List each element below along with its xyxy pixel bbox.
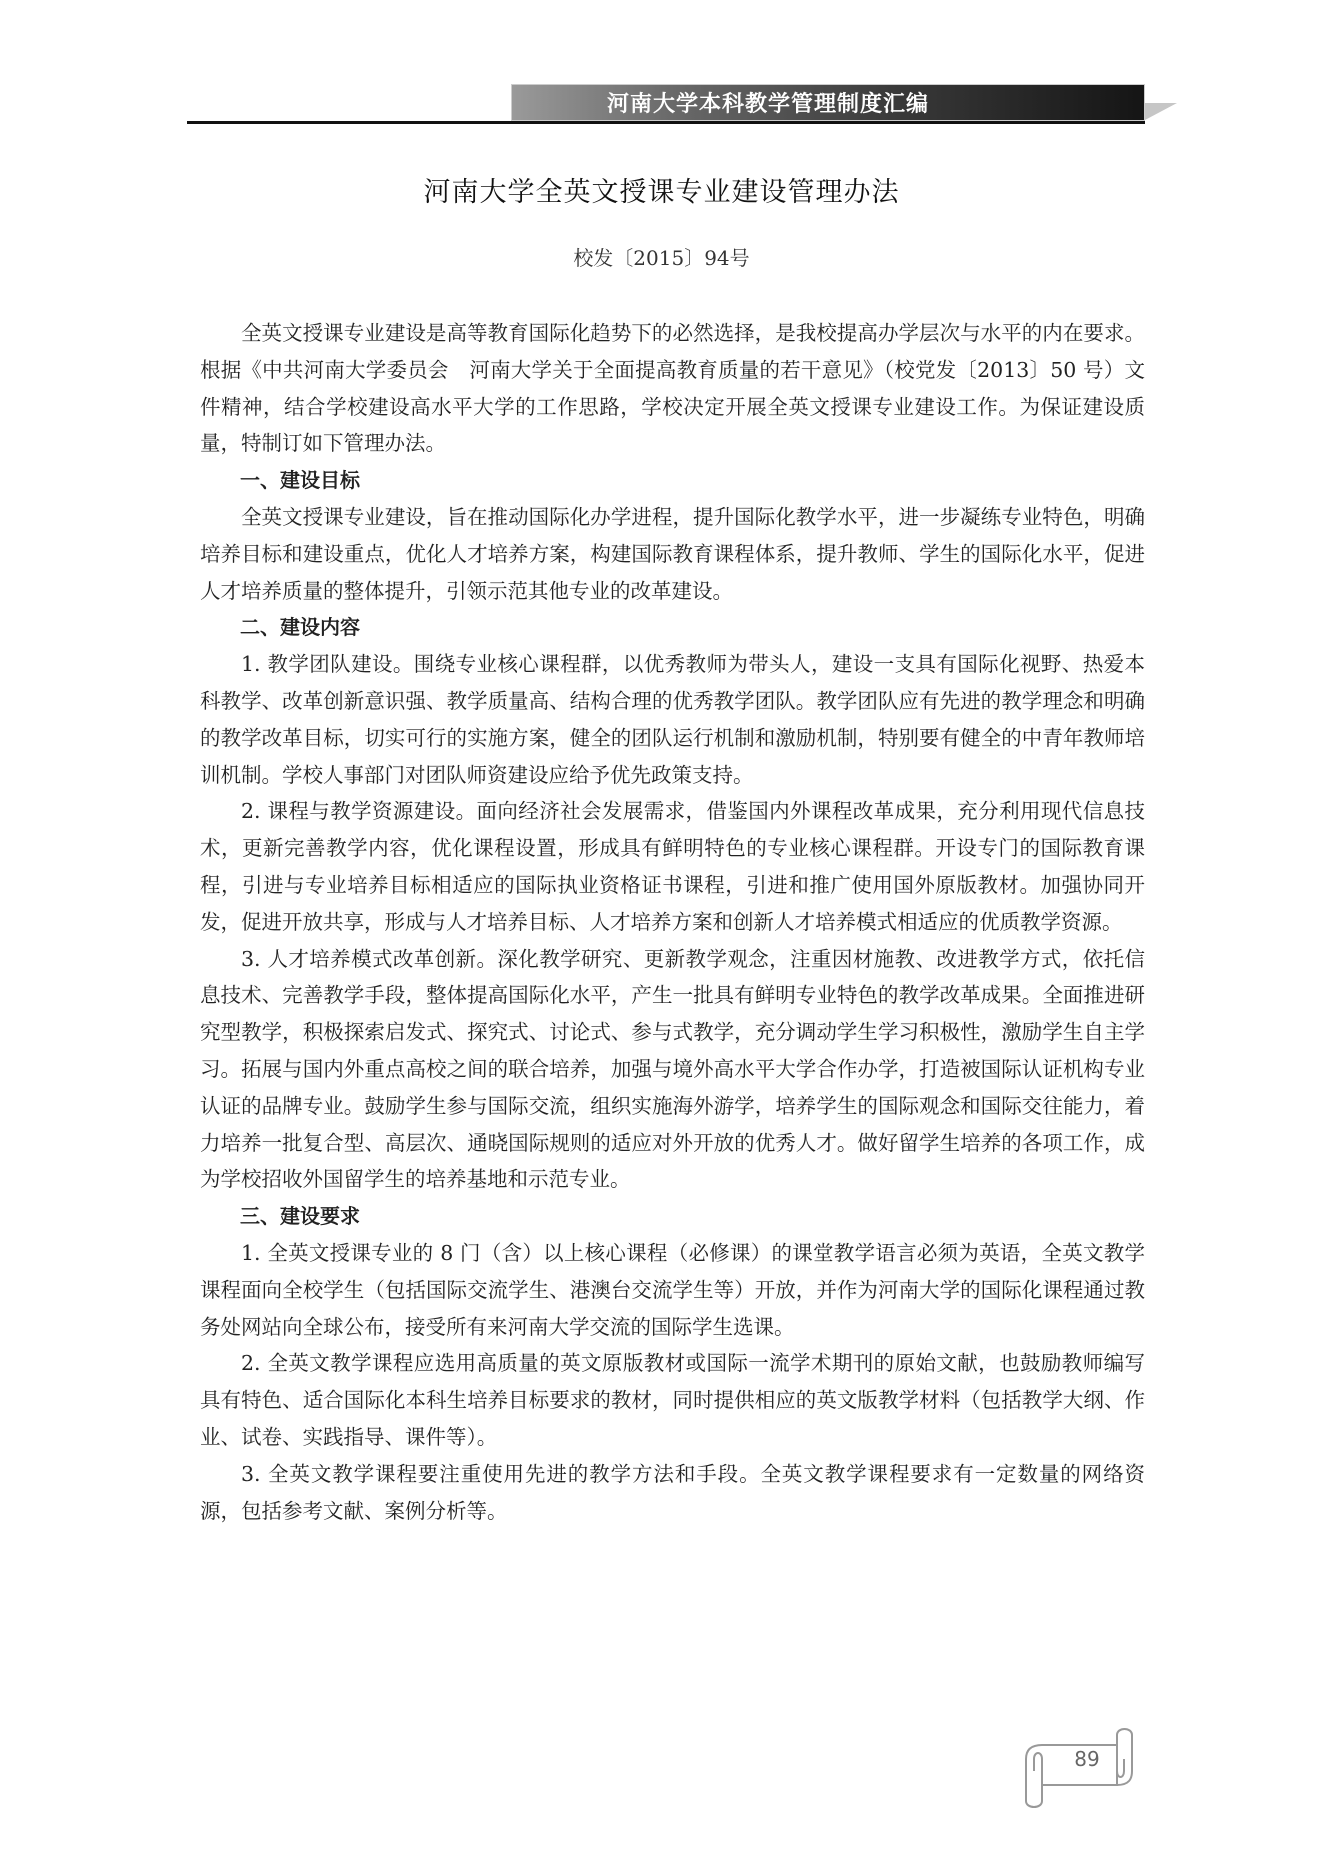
document-body: 全英文授课专业建设是高等教育国际化趋势下的必然选择，是我校提高办学层次与水平的内…: [200, 315, 1145, 1529]
header-rule: [187, 121, 1145, 124]
paragraph: 全英文授课专业建设，旨在推动国际化办学进程，提升国际化教学水平，进一步凝练专业特…: [200, 499, 1145, 609]
paragraph: 1. 全英文授课专业的 8 门（含）以上核心课程（必修课）的课堂教学语言必须为英…: [200, 1235, 1145, 1345]
page-title: 河南大学全英文授课专业建设管理办法: [0, 170, 1323, 209]
header-banner-shadow: [1145, 103, 1177, 120]
paragraph: 1. 教学团队建设。围绕专业核心课程群，以优秀教师为带头人，建设一支具有国际化视…: [200, 646, 1145, 793]
header-banner: 河南大学本科教学管理制度汇编: [511, 84, 1145, 121]
page-number-badge: 89: [1012, 1725, 1140, 1815]
paragraph: 3. 人才培养模式改革创新。深化教学研究、更新教学观念，注重因材施教、改进教学方…: [200, 941, 1145, 1199]
section-heading-requirements: 三、建设要求: [200, 1198, 1145, 1235]
section-heading-goals: 一、建设目标: [200, 462, 1145, 499]
page-number: 89: [1052, 1747, 1122, 1771]
document-number: 校发〔2015〕94号: [0, 242, 1323, 271]
section-heading-content: 二、建设内容: [200, 609, 1145, 646]
header-banner-title: 河南大学本科教学管理制度汇编: [607, 87, 929, 118]
paragraph: 3. 全英文教学课程要注重使用先进的教学方法和手段。全英文教学课程要求有一定数量…: [200, 1456, 1145, 1530]
paragraph: 2. 课程与教学资源建设。面向经济社会发展需求，借鉴国内外课程改革成果，充分利用…: [200, 793, 1145, 940]
paragraph: 2. 全英文教学课程应选用高质量的英文原版教材或国际一流学术期刊的原始文献，也鼓…: [200, 1345, 1145, 1455]
intro-paragraph: 全英文授课专业建设是高等教育国际化趋势下的必然选择，是我校提高办学层次与水平的内…: [200, 315, 1145, 462]
